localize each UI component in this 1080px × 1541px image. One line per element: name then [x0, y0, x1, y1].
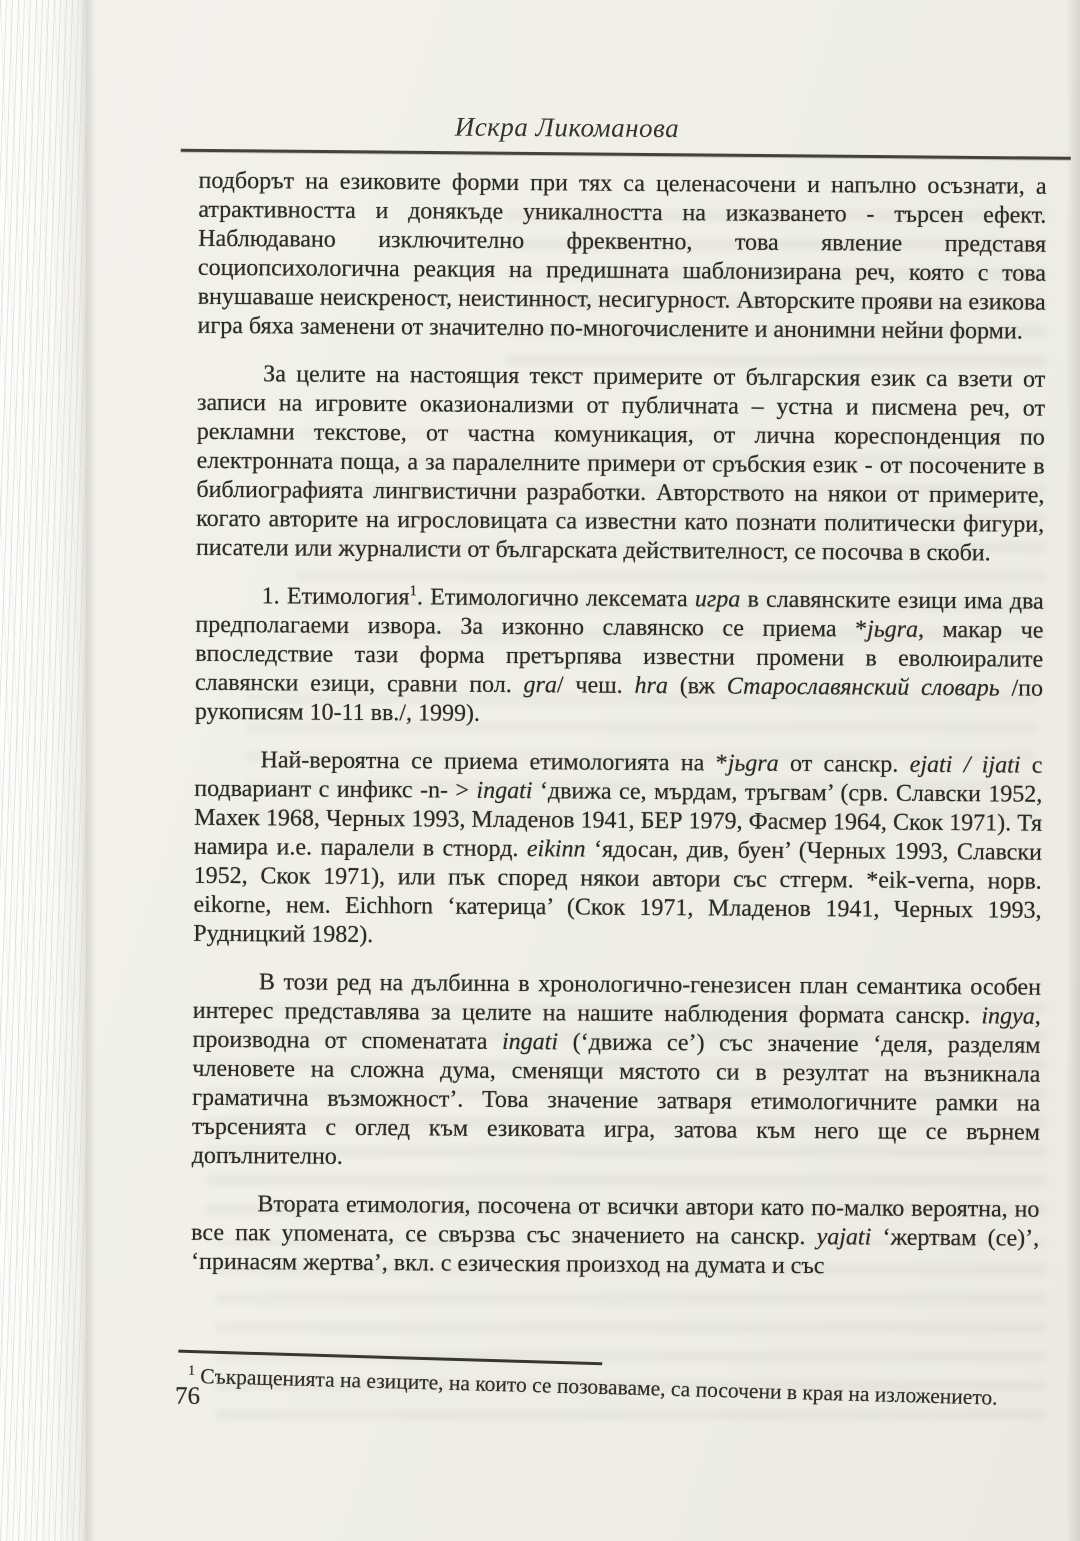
- header-rule: [181, 149, 1071, 160]
- paragraph: 1. Етимология1. Етимологично лексемата и…: [195, 582, 1044, 733]
- footnote-rule: [178, 1350, 602, 1366]
- paragraph: В този ред на дълбинна в хронологично-ге…: [192, 968, 1041, 1177]
- body-text: подборът на езиковите форми при тях са ц…: [191, 167, 1047, 1302]
- paragraph: За целите на настоящия текст примерите о…: [196, 360, 1045, 569]
- paragraph: подборът на езиковите форми при тях са ц…: [197, 167, 1046, 347]
- paragraph: Най-вероятна се приема етимологията на *…: [193, 746, 1042, 955]
- page-number: 76: [175, 1383, 200, 1411]
- running-header-author: Искра Ликоманова: [143, 109, 991, 146]
- footnote: 1 Съкращенията на езиците, на които се п…: [188, 1363, 1038, 1412]
- scanned-page-root: { "page": { "author_header": "Искра Лико…: [0, 0, 1080, 1541]
- page: Искра Ликоманова подборът на езиковите ф…: [86, 0, 1080, 1541]
- paragraph: Втората етимология, посочена от всички а…: [191, 1190, 1040, 1283]
- scanner-edge-strip: [0, 0, 86, 1541]
- footnote-text: Съкращенията на езиците, на които се поз…: [195, 1364, 998, 1410]
- page-content: Искра Ликоманова подборът на езиковите ф…: [189, 0, 1048, 1541]
